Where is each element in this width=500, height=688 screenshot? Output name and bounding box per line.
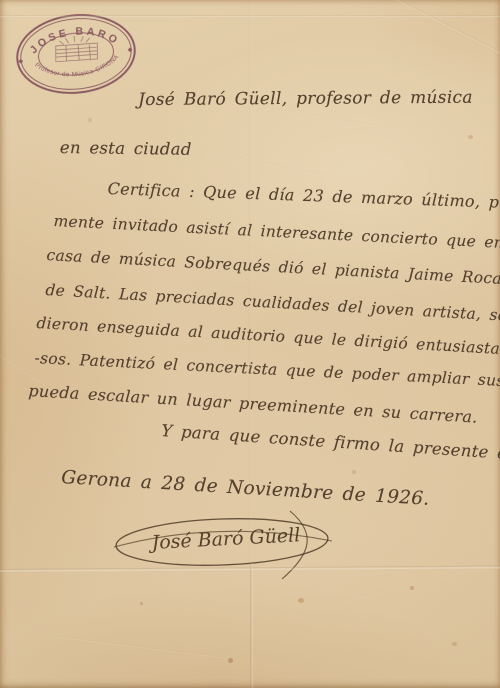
body-line-2: mente invitado asistí al interesante con… [53,212,500,253]
fold-crease-top-right [387,0,500,65]
stamp-outer-ring [13,9,138,98]
foxing-spot [140,602,143,605]
foxing-spot [352,470,356,474]
oval-ink-stamp: JOSE BARO Profesor de Música-GIRONA ◆ ◆ [10,6,142,103]
stamp-subtitle-text: Profesor de Música-GIRONA [33,53,123,83]
heading-name-profession: José Baró Güell, profesor de música [138,88,473,110]
heading-city-line: en esta ciudad [60,138,192,159]
foxing-spot [468,135,473,139]
scanned-letter-page: JOSE BARO Profesor de Música-GIRONA ◆ ◆ … [0,0,500,688]
signature-block: José Baró Güell [90,495,420,595]
foxing-spot [298,598,304,603]
body-line-7: pueda escalar un lugar preeminente en su… [28,381,478,427]
stamp-ornament-right: ◆ [127,46,133,53]
wrinkle-crease-upper [270,108,399,130]
stamp-ornament-left: ◆ [18,58,24,65]
foxing-spot [452,642,457,646]
foxing-spot [228,658,233,663]
wrinkle-crease-bottom-left [55,636,224,659]
closing-line: Y para que conste firmo la presente en [161,421,500,464]
signature-text: José Baró Güell [147,524,301,554]
body-line-certifica: Certifica : Que el día 23 de marzo últim… [107,179,500,213]
foxing-spot [88,118,92,122]
wrinkle-crease-middle [178,146,335,178]
